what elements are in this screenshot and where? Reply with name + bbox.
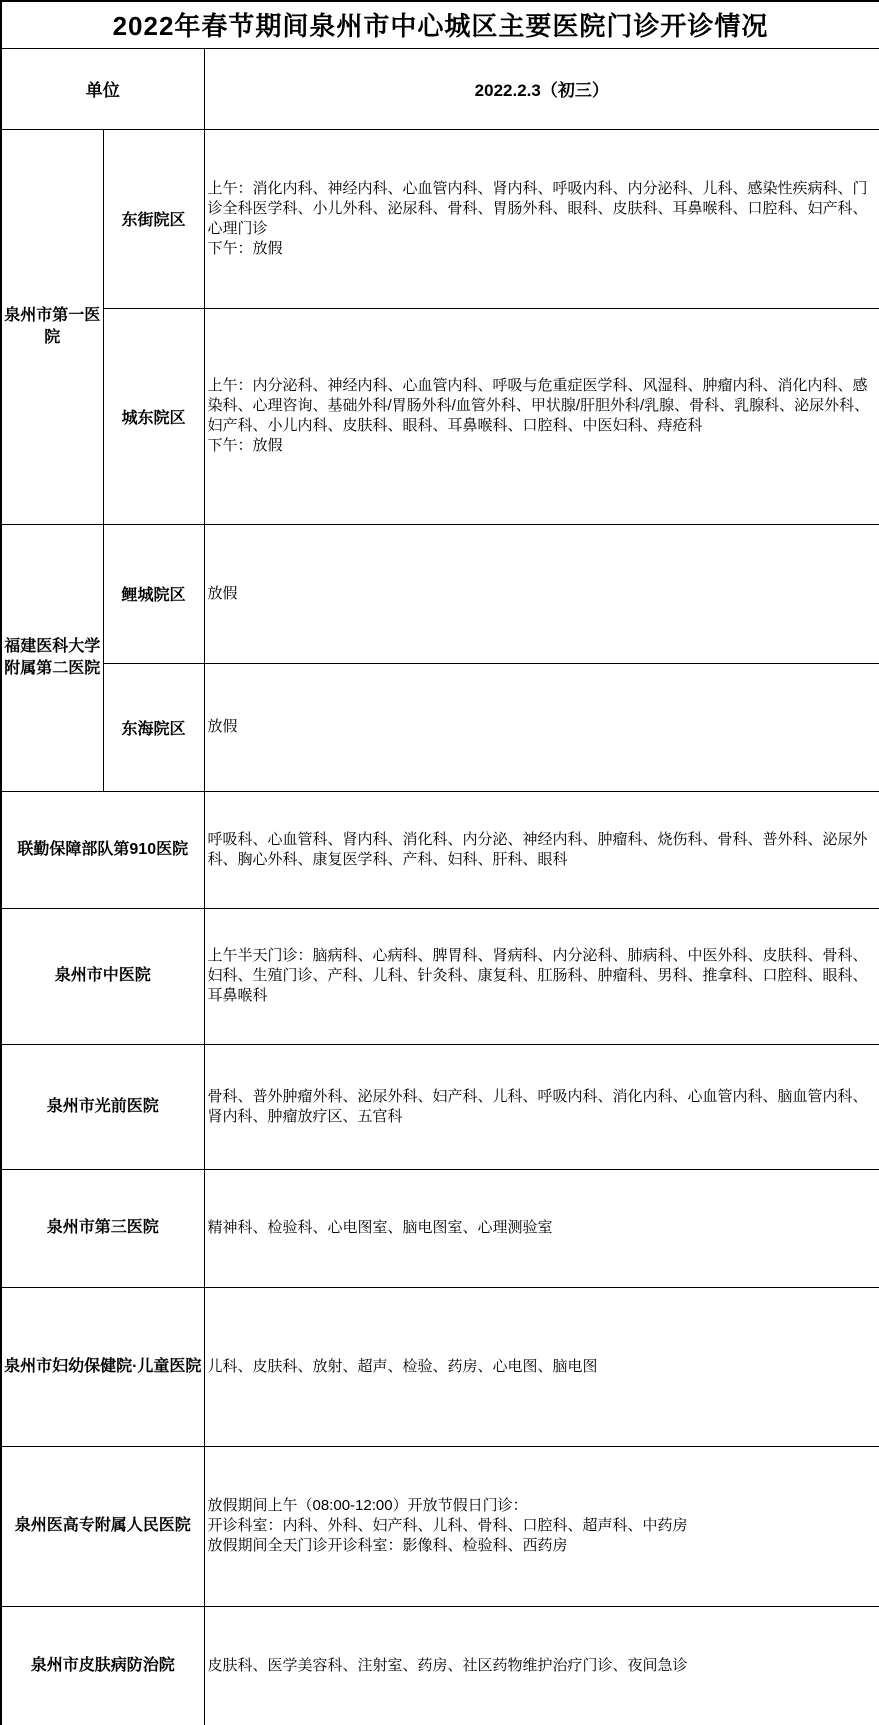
schedule-cell: 精神科、检验科、心电图室、脑电图室、心理测验室 <box>204 1169 879 1287</box>
table-row: 泉州市妇幼保健院·儿童医院 儿科、皮肤科、放射、超声、检验、药房、心电图、脑电图 <box>1 1287 879 1446</box>
table-row: 联勤保障部队第910医院 呼吸科、心血管科、肾内科、消化科、内分泌、神经内科、肿… <box>1 791 879 908</box>
hospital-name: 联勤保障部队第910医院 <box>1 791 204 908</box>
hospital-name: 泉州市妇幼保健院·儿童医院 <box>1 1287 204 1446</box>
schedule-cell: 放假 <box>204 524 879 663</box>
campus-name: 城东院区 <box>103 308 204 524</box>
schedule-cell: 上午：内分泌科、神经内科、心血管内科、呼吸与危重症医学科、风湿科、肿瘤内科、消化… <box>204 308 879 524</box>
campus-name: 鲤城院区 <box>103 524 204 663</box>
campus-name: 东街院区 <box>103 129 204 308</box>
schedule-cell: 上午：消化内科、神经内科、心血管内科、肾内科、呼吸内科、内分泌科、儿科、感染性疾… <box>204 129 879 308</box>
hospital-name: 泉州市中医院 <box>1 908 204 1044</box>
table-row: 福建医科大学附属第二医院 鲤城院区 放假 <box>1 524 879 663</box>
unit-column-header: 单位 <box>1 48 204 129</box>
table-row: 泉州市皮肤病防治院 皮肤科、医学美容科、注射室、药房、社区药物维护治疗门诊、夜间… <box>1 1606 879 1725</box>
schedule-cell: 骨科、普外肿瘤外科、泌尿外科、妇产科、儿科、呼吸内科、消化内科、心血管内科、脑血… <box>204 1044 879 1169</box>
hospital-name: 泉州市皮肤病防治院 <box>1 1606 204 1725</box>
schedule-cell: 放假期间上午（08:00-12:00）开放节假日门诊： 开诊科室：内科、外科、妇… <box>204 1446 879 1606</box>
hospital-name: 泉州市光前医院 <box>1 1044 204 1169</box>
table-row: 城东院区 上午：内分泌科、神经内科、心血管内科、呼吸与危重症医学科、风湿科、肿瘤… <box>1 308 879 524</box>
table-row: 泉州市中医院 上午半天门诊：脑病科、心病科、脾胃科、肾病科、内分泌科、肺病科、中… <box>1 908 879 1044</box>
schedule-cell: 皮肤科、医学美容科、注射室、药房、社区药物维护治疗门诊、夜间急诊 <box>204 1606 879 1725</box>
hospital-name: 泉州市第三医院 <box>1 1169 204 1287</box>
hospital-schedule-table: 2022年春节期间泉州市中心城区主要医院门诊开诊情况 单位 2022.2.3（初… <box>0 0 879 1725</box>
date-column-header: 2022.2.3（初三） <box>204 48 879 129</box>
hospital-name: 泉州市第一医院 <box>1 129 103 524</box>
table-row: 泉州市第三医院 精神科、检验科、心电图室、脑电图室、心理测验室 <box>1 1169 879 1287</box>
hospital-name: 泉州医高专附属人民医院 <box>1 1446 204 1606</box>
schedule-cell: 上午半天门诊：脑病科、心病科、脾胃科、肾病科、内分泌科、肺病科、中医外科、皮肤科… <box>204 908 879 1044</box>
table-row: 泉州市光前医院 骨科、普外肿瘤外科、泌尿外科、妇产科、儿科、呼吸内科、消化内科、… <box>1 1044 879 1169</box>
hospital-name: 福建医科大学附属第二医院 <box>1 524 103 791</box>
schedule-cell: 放假 <box>204 663 879 791</box>
schedule-cell: 儿科、皮肤科、放射、超声、检验、药房、心电图、脑电图 <box>204 1287 879 1446</box>
campus-name: 东海院区 <box>103 663 204 791</box>
page-title: 2022年春节期间泉州市中心城区主要医院门诊开诊情况 <box>1 1 879 48</box>
document-page: 2022年春节期间泉州市中心城区主要医院门诊开诊情况 单位 2022.2.3（初… <box>0 0 879 1725</box>
table-row: 泉州医高专附属人民医院 放假期间上午（08:00-12:00）开放节假日门诊： … <box>1 1446 879 1606</box>
table-row: 泉州市第一医院 东街院区 上午：消化内科、神经内科、心血管内科、肾内科、呼吸内科… <box>1 129 879 308</box>
schedule-cell: 呼吸科、心血管科、肾内科、消化科、内分泌、神经内科、肿瘤科、烧伤科、骨科、普外科… <box>204 791 879 908</box>
table-row: 东海院区 放假 <box>1 663 879 791</box>
